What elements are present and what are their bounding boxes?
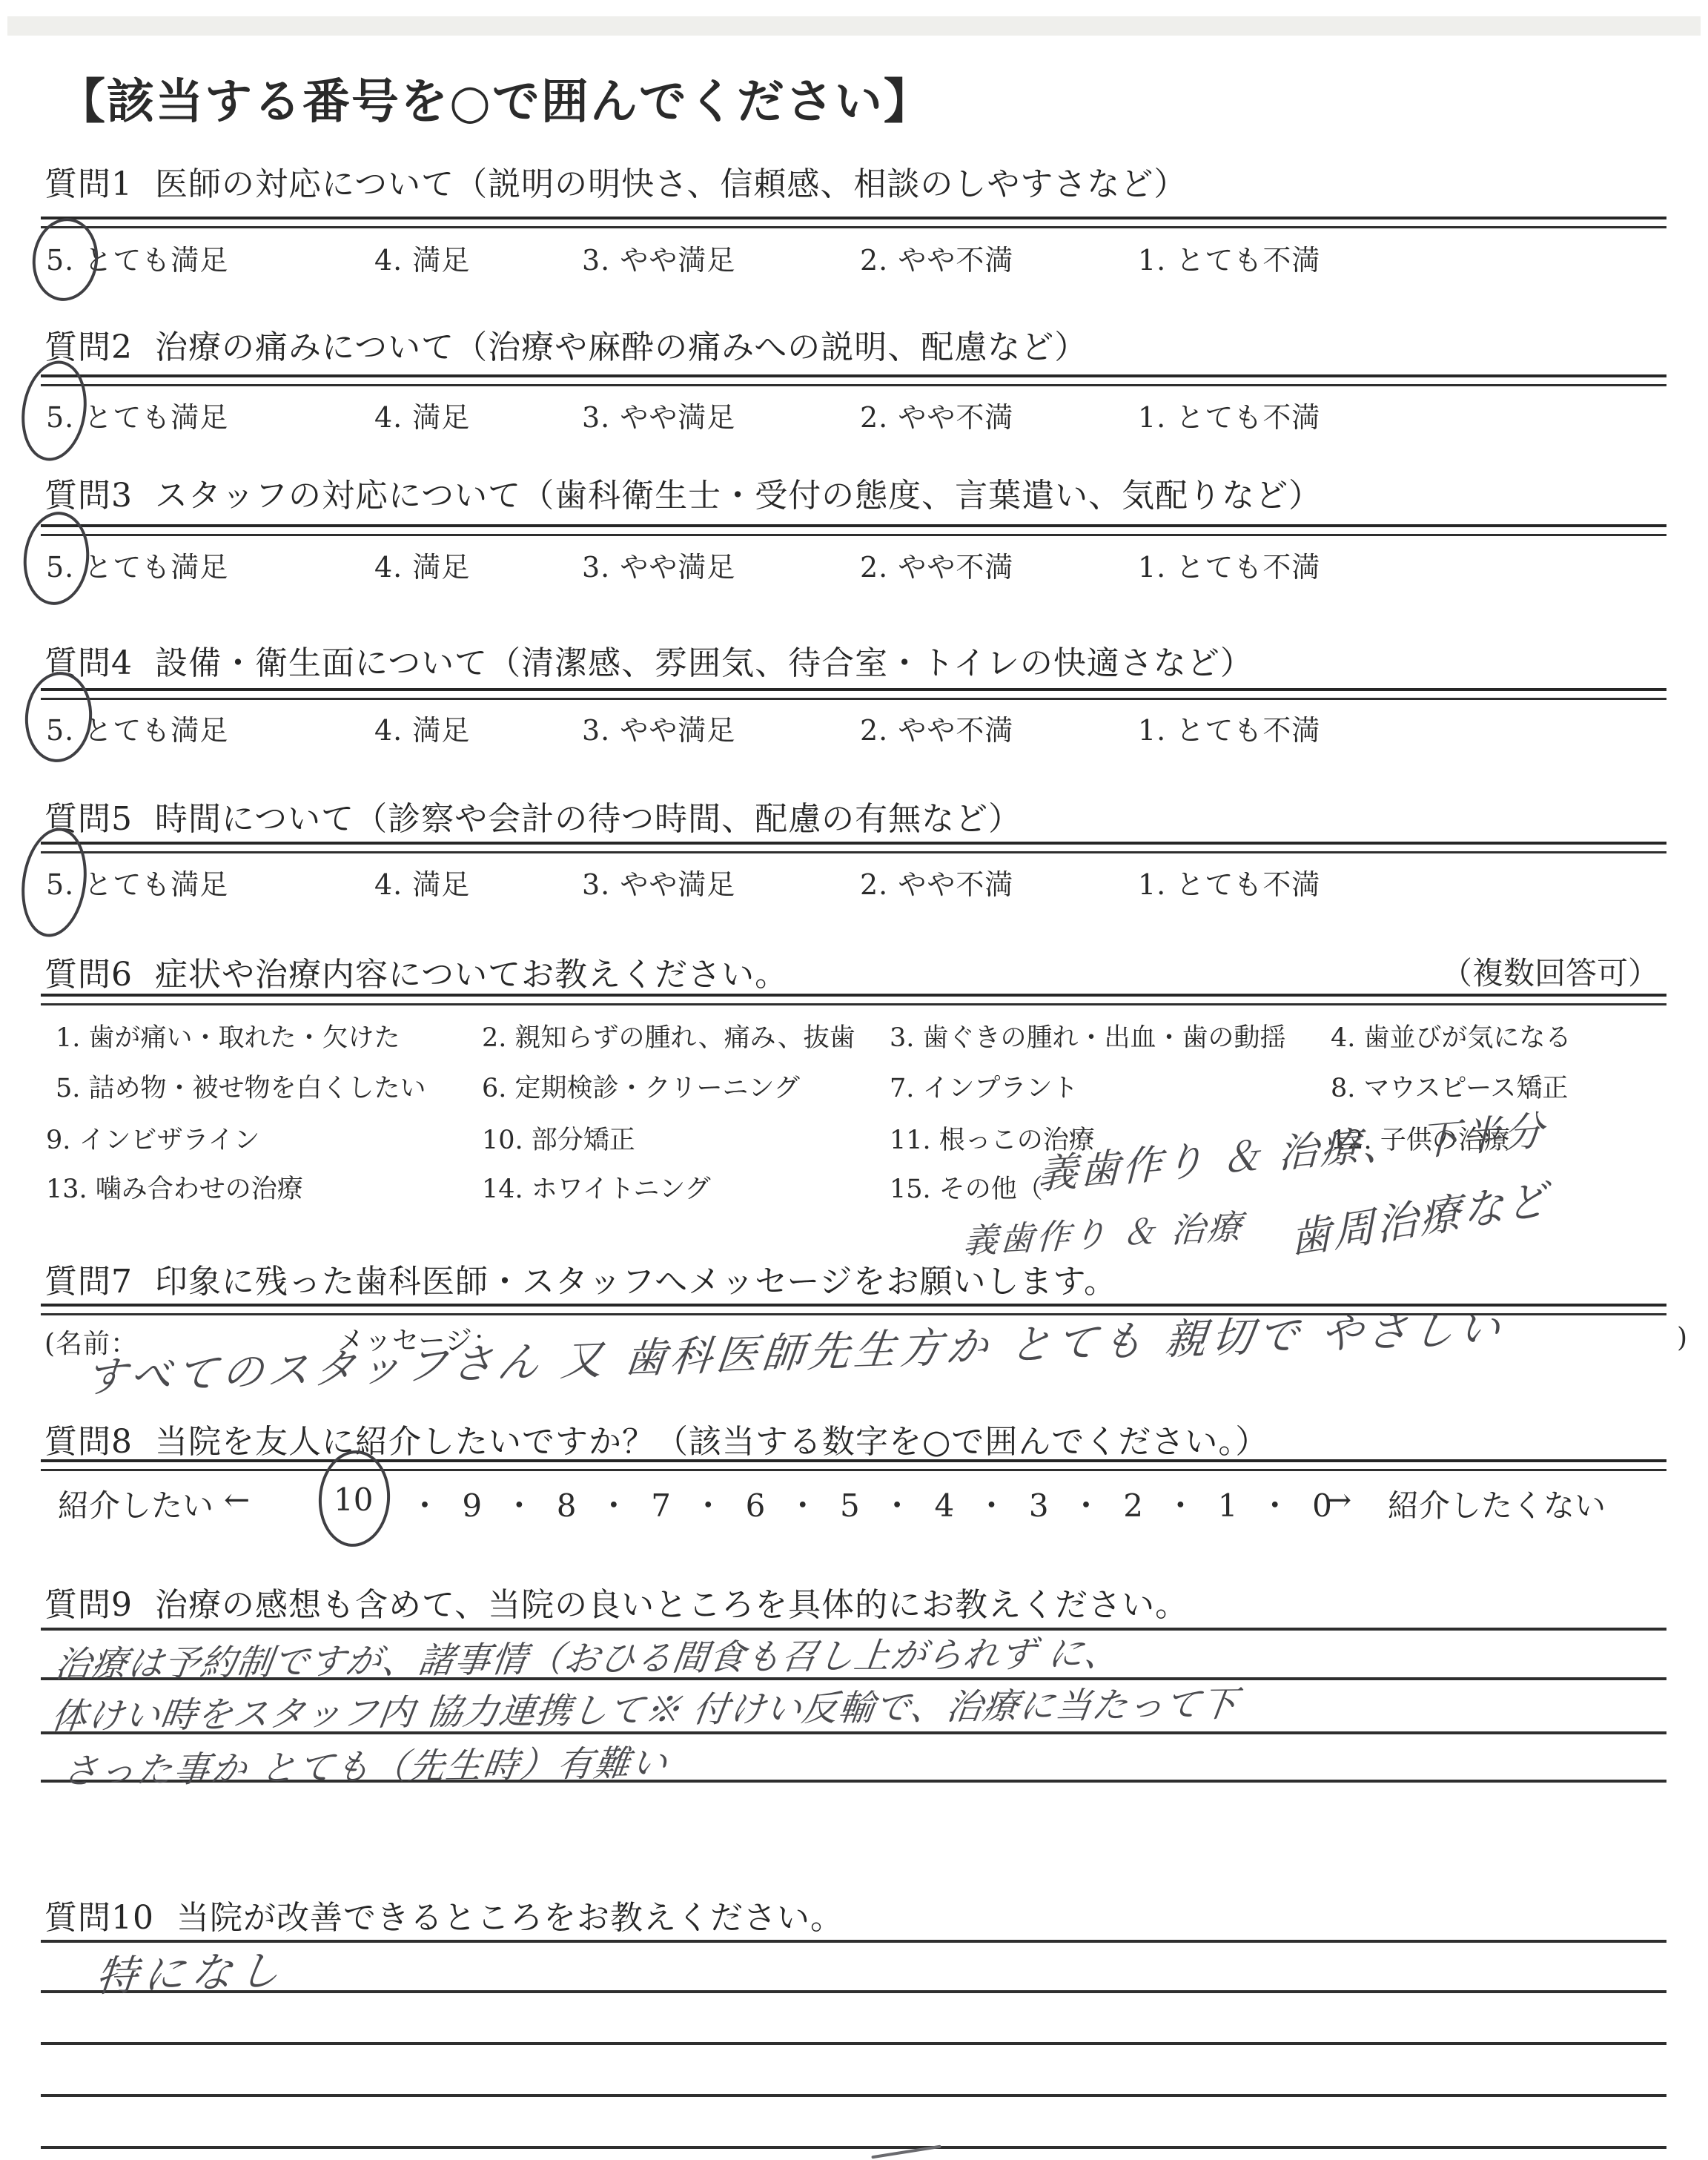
question-10-title: 質問10当院が改善できるところをお教えください。 xyxy=(44,1891,844,1938)
question-3-rule xyxy=(41,524,1666,536)
question-8-number: 質問8 xyxy=(44,1423,133,1461)
question-2-text: 治療の痛みについて（治療や麻酔の痛みへの説明、配慮など） xyxy=(155,328,1088,366)
q6-option-4: 4. 歯並びが気になる xyxy=(1331,1017,1572,1054)
question-3-title: 質問3スタッフの対応について（歯科衛生士・受付の態度、言葉遣い、気配りなど） xyxy=(44,469,1322,516)
q5-option-4: 4. 満足 xyxy=(374,862,470,902)
question-2-rule xyxy=(41,374,1666,386)
q6-option-6: 6. 定期検診・クリーニング xyxy=(482,1068,800,1105)
q2-option-2: 2. やや不満 xyxy=(860,394,1013,435)
q2-selected-circle xyxy=(15,356,93,466)
q6-handwritten-answer-line3: 歯周治療など xyxy=(1288,1166,1551,1266)
q3-option-1: 1. とても不満 xyxy=(1138,544,1320,585)
question-8-title: 質問8当院を友人に紹介したいですか？（該当する数字を○で囲んでください。） xyxy=(44,1415,1268,1462)
question-8-rule xyxy=(41,1459,1666,1471)
q5-option-3: 3. やや満足 xyxy=(582,862,735,902)
question-5-text: 時間について（診察や会計の待つ時間、配慮の有無など） xyxy=(155,800,1022,838)
q6-option-3: 3. 歯ぐきの腫れ・出血・歯の動揺 xyxy=(890,1017,1286,1054)
q6-option-2: 2. 親知らずの腫れ、痛み、抜歯 xyxy=(482,1017,855,1054)
q10-answer-line-3 xyxy=(41,2042,1666,2045)
q9-handwritten-line3: さった事か とても（先生時）有難い xyxy=(60,1734,672,1794)
q8-right-arrow-icon: → xyxy=(1325,1482,1351,1518)
q6-option-7: 7. インプラント xyxy=(890,1068,1079,1105)
scan-artifact-band xyxy=(7,16,1701,36)
q1-option-2: 2. やや不満 xyxy=(860,237,1013,278)
q1-option-1: 1. とても不満 xyxy=(1138,237,1320,278)
q3-option-4: 4. 満足 xyxy=(374,544,470,585)
question-5-rule xyxy=(41,842,1666,853)
q8-right-label: 紹介したくない xyxy=(1388,1482,1606,1526)
q6-multi-answer-note: （複数回答可） xyxy=(1441,949,1659,994)
question-9-title: 質問9治療の感想も含めて、当院の良いところを具体的にお教えください。 xyxy=(44,1578,1188,1625)
q5-option-1: 1. とても不満 xyxy=(1138,862,1320,902)
q7-close-paren: ) xyxy=(1677,1323,1688,1353)
question-10-number: 質問10 xyxy=(44,1899,154,1937)
q8-left-label: 紹介したい xyxy=(58,1482,213,1526)
page-title: 【該当する番号を○で囲んでください】 xyxy=(58,64,933,132)
q3-selected-circle xyxy=(19,509,94,609)
q5-option-2: 2. やや不満 xyxy=(860,862,1013,902)
question-1-number: 質問1 xyxy=(44,165,133,203)
q10-answer-line-4 xyxy=(41,2094,1666,2097)
question-4-text: 設備・衛生面について（清潔感、雰囲気、待合室・トイレの快適さなど） xyxy=(155,644,1254,682)
q8-scale-9-to-0: ・ 9 ・ 8 ・ 7 ・ 6 ・ 5 ・ 4 ・ 3 ・ 2 ・ 1 ・ 0 xyxy=(409,1482,1332,1526)
q4-option-1: 1. とても不満 xyxy=(1138,707,1320,748)
question-9-number: 質問9 xyxy=(44,1586,133,1624)
q6-option-1: 1. 歯が痛い・取れた・欠けた xyxy=(56,1017,400,1054)
question-6-text: 症状や治療内容についてお教えください。 xyxy=(155,956,788,994)
q2-option-1: 1. とても不満 xyxy=(1138,394,1320,435)
question-6-rule xyxy=(41,994,1666,1005)
q6-option-13: 13. 噛み合わせの治療 xyxy=(46,1169,303,1206)
q4-option-2: 2. やや不満 xyxy=(860,707,1013,748)
q3-option-2: 2. やや不満 xyxy=(860,544,1013,585)
q6-option-5: 5. 詰め物・被せ物を白くしたい xyxy=(56,1068,426,1105)
q10-answer-line-2 xyxy=(41,1990,1666,1993)
question-7-text: 印象に残った歯科医師・スタッフへメッセージをお願いします。 xyxy=(155,1263,1117,1301)
q2-option-3: 3. やや満足 xyxy=(582,394,735,435)
q10-handwritten-answer: 特になし xyxy=(93,1938,289,2004)
q6-option-10: 10. 部分矯正 xyxy=(482,1120,635,1157)
q3-option-3: 3. やや満足 xyxy=(582,544,735,585)
question-7-number: 質問7 xyxy=(44,1263,133,1301)
q1-option-4: 4. 満足 xyxy=(374,237,470,278)
question-1-rule xyxy=(41,217,1666,228)
q6-option-9: 9. インビザライン xyxy=(46,1120,259,1157)
question-3-text: スタッフの対応について（歯科衛生士・受付の態度、言葉遣い、気配りなど） xyxy=(155,477,1322,515)
question-2-title: 質問2治療の痛みについて（治療や麻酔の痛みへの説明、配慮など） xyxy=(44,320,1088,368)
question-3-number: 質問3 xyxy=(44,477,133,515)
question-1-title: 質問1医師の対応について（説明の明快さ、信頼感、相談のしやすさなど） xyxy=(44,157,1187,205)
question-5-title: 質問5時間について（診察や会計の待つ時間、配慮の有無など） xyxy=(44,792,1022,839)
question-4-title: 質問4設備・衛生面について（清潔感、雰囲気、待合室・トイレの快適さなど） xyxy=(44,636,1254,684)
question-4-rule xyxy=(41,688,1666,700)
q2-option-4: 4. 満足 xyxy=(374,394,470,435)
q4-option-3: 3. やや満足 xyxy=(582,707,735,748)
q6-option-14: 14. ホワイトニング xyxy=(482,1169,711,1206)
question-7-title: 質問7印象に残った歯科医師・スタッフへメッセージをお願いします。 xyxy=(44,1255,1117,1302)
q4-option-4: 4. 満足 xyxy=(374,707,470,748)
question-8-text: 当院を友人に紹介したいですか？（該当する数字を○で囲んでください。） xyxy=(155,1423,1268,1461)
question-10-text: 当院が改善できるところをお教えください。 xyxy=(176,1899,844,1937)
q1-option-3: 3. やや満足 xyxy=(582,237,735,278)
q6-option-15: 15. その他（ xyxy=(890,1169,1043,1206)
question-6-title: 質問6症状や治療内容についてお教えください。 xyxy=(44,948,788,995)
survey-sheet: 【該当する番号を○で囲んでください】 質問1医師の対応について（説明の明快さ、信… xyxy=(0,0,1708,2160)
q10-answer-line-5 xyxy=(41,2146,1666,2149)
question-1-text: 医師の対応について（説明の明快さ、信頼感、相談のしやすさなど） xyxy=(155,165,1187,203)
q8-left-arrow-icon: ← xyxy=(224,1482,250,1518)
question-9-text: 治療の感想も含めて、当院の良いところを具体的にお教えください。 xyxy=(155,1586,1188,1624)
question-6-number: 質問6 xyxy=(44,956,133,994)
